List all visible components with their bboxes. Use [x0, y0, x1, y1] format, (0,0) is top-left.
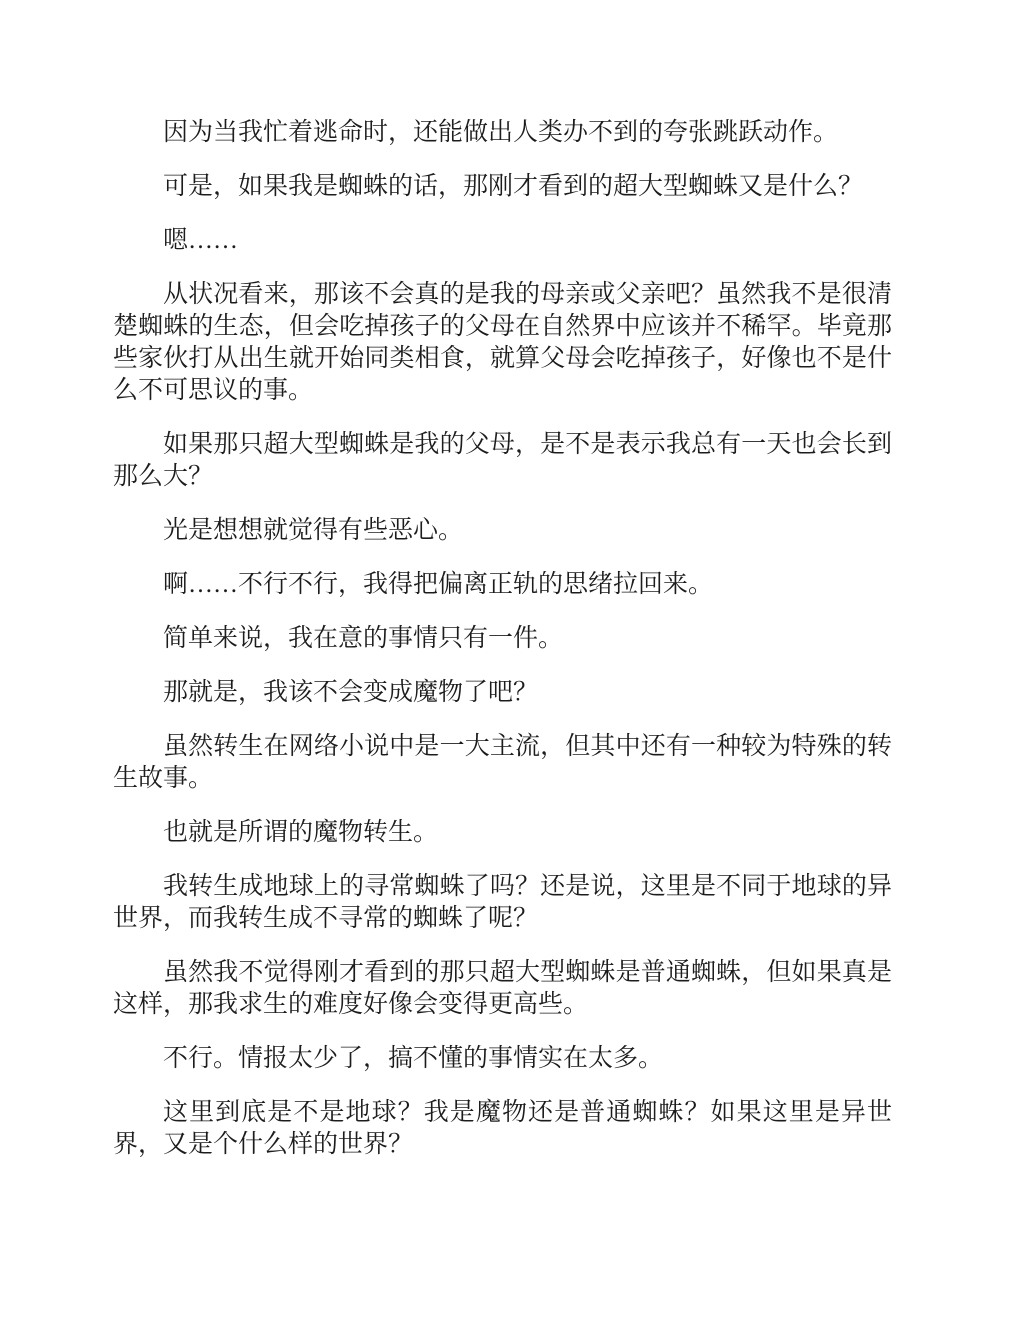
- paragraph: 可是，如果我是蜘蛛的话，那刚才看到的超大型蜘蛛又是什么？: [113, 171, 892, 203]
- document-page: 因为当我忙着逃命时，还能做出人类办不到的夸张跳跃动作。可是，如果我是蜘蛛的话，那…: [0, 0, 1020, 1320]
- paragraph: 简单来说，我在意的事情只有一件。: [113, 623, 892, 655]
- paragraph: 这里到底是不是地球？我是魔物还是普通蜘蛛？如果这里是异世界，又是个什么样的世界？: [113, 1097, 892, 1161]
- paragraph: 那就是，我该不会变成魔物了吧？: [113, 677, 892, 709]
- paragraph: 虽然转生在网络小说中是一大主流，但其中还有一种较为特殊的转生故事。: [113, 731, 892, 795]
- paragraph: 如果那只超大型蜘蛛是我的父母，是不是表示我总有一天也会长到那么大？: [113, 429, 892, 493]
- paragraph: 我转生成地球上的寻常蜘蛛了吗？还是说，这里是不同于地球的异世界，而我转生成不寻常…: [113, 871, 892, 935]
- paragraph: 也就是所谓的魔物转生。: [113, 817, 892, 849]
- paragraph: 虽然我不觉得刚才看到的那只超大型蜘蛛是普通蜘蛛，但如果真是这样，那我求生的难度好…: [113, 957, 892, 1021]
- paragraph: 光是想想就觉得有些恶心。: [113, 515, 892, 547]
- paragraph: 从状况看来，那该不会真的是我的母亲或父亲吧？虽然我不是很清楚蜘蛛的生态，但会吃掉…: [113, 279, 892, 407]
- novel-text-block: 因为当我忙着逃命时，还能做出人类办不到的夸张跳跃动作。可是，如果我是蜘蛛的话，那…: [113, 117, 892, 1183]
- paragraph: 啊……不行不行，我得把偏离正轨的思绪拉回来。: [113, 569, 892, 601]
- paragraph: 因为当我忙着逃命时，还能做出人类办不到的夸张跳跃动作。: [113, 117, 892, 149]
- paragraph: 不行。情报太少了，搞不懂的事情实在太多。: [113, 1043, 892, 1075]
- paragraph: 嗯……: [113, 225, 892, 257]
